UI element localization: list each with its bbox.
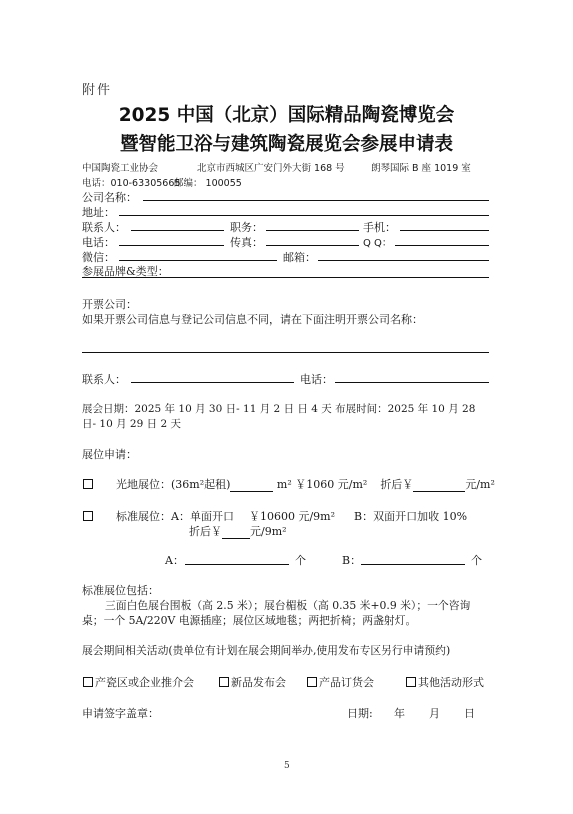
raw-space-discount-label: 折后￥ [380, 478, 413, 491]
phone-field[interactable] [119, 245, 224, 246]
a-count-label: A： [165, 552, 184, 568]
attachment-label: 附件 [82, 79, 112, 98]
standard-discount-label: 折后￥ [189, 525, 222, 538]
fax-field[interactable] [266, 245, 359, 246]
qq-label: Q Q： [363, 234, 392, 249]
standard-discount-field[interactable] [222, 526, 250, 539]
activity-checkbox-2[interactable] [219, 677, 229, 687]
raw-space-label: 光地展位：(36m²起租) [116, 478, 230, 491]
organizer-building: 朗琴国际 B 座 1019 室 [371, 160, 471, 174]
raw-space-area-field[interactable] [230, 479, 273, 492]
signature-label: 申请签字盖章： [82, 705, 159, 721]
organizer-postcode: 邮编： 100055 [174, 175, 242, 189]
date-year: 年 [394, 705, 405, 721]
activity-checkbox-4[interactable] [406, 677, 416, 687]
organizer-name: 中国陶瓷工业协会 [82, 160, 158, 174]
activity-option-4[interactable]: 其他活动形式 [406, 674, 484, 690]
b-count-unit: 个 [471, 552, 482, 568]
email-label: 邮箱： [283, 249, 316, 265]
standard-discount-unit: 元/9m² [250, 525, 287, 538]
standard-includes-line2: 桌；一个 5A/220V 电源插座；展位区域地毯；两把折椅；两盏射灯。 [82, 613, 416, 628]
standard-booth-label: 标准展位：A：单面开口 [116, 510, 234, 523]
company-name-label: 公司名称： [82, 189, 137, 205]
standard-booth-option-b: B：双面开口加收 10% [354, 510, 467, 523]
date-day: 日 [464, 705, 475, 721]
invoice-company-field[interactable] [82, 352, 489, 353]
invoice-heading: 开票公司： [82, 296, 137, 312]
invoice-phone-label: 电话： [300, 371, 333, 387]
activity-option-3[interactable]: 产品订货会 [307, 674, 374, 690]
page-number: 5 [284, 761, 290, 771]
booth-heading: 展位申请： [82, 446, 137, 462]
organizer-address: 北京市西城区广安门外大街 168 号 [197, 160, 345, 174]
page-title-line2: 暨智能卫浴与建筑陶瓷展览会参展申请表 [0, 130, 573, 156]
a-count-field[interactable] [185, 564, 289, 565]
activity-option-2[interactable]: 新品发布会 [219, 674, 286, 690]
standard-includes-line1: 三面白色展台围板（高 2.5 米）；展台楣板（高 0.35 米+0.9 米）；一… [105, 598, 470, 613]
organizer-phone: 电话：010-63305665 [82, 175, 180, 189]
position-field[interactable] [266, 230, 359, 231]
brand-type-field[interactable] [82, 277, 489, 278]
raw-space-discount-field[interactable] [413, 479, 465, 492]
invoice-contact-field[interactable] [131, 382, 294, 383]
activities-heading: 展会期间相关活动(贵单位有计划在展会期间举办,使用发布专区另行申请预约) [82, 643, 450, 658]
invoice-phone-field[interactable] [335, 382, 489, 383]
b-count-label: B： [342, 552, 361, 568]
raw-space-price: ￥1060 元/m² [295, 478, 367, 491]
standard-booth-price: ￥10600 元/9m² [249, 510, 335, 523]
address-label: 地址： [82, 204, 115, 220]
standard-includes-heading: 标准展位包括： [82, 582, 159, 598]
date-month: 月 [429, 705, 440, 721]
fax-label: 传真： [230, 234, 263, 250]
mobile-field[interactable] [400, 230, 489, 231]
page-title-line1: 2025 中国（北京）国际精品陶瓷博览会 [0, 101, 573, 127]
address-field[interactable] [119, 215, 489, 216]
invoice-contact-label: 联系人： [82, 371, 126, 387]
raw-space-discount-unit: 元/m² [465, 478, 495, 491]
exhibition-dates: 展会日期：2025 年 10 月 30 日- 11 月 2 日 日 4 天 布展… [82, 401, 475, 416]
contact-field[interactable] [131, 230, 224, 231]
activity-option-1[interactable]: 产瓷区或企业推介会 [83, 674, 194, 690]
date-label: 日期: [347, 705, 373, 721]
raw-space-row: 光地展位：(36m²起租) m² ￥1060 元/m² 折后￥元/m² [83, 476, 495, 492]
activity-checkbox-3[interactable] [307, 677, 317, 687]
phone-label: 电话： [82, 234, 115, 250]
invoice-note: 如果开票公司信息与登记公司信息不同，请在下面注明开票公司名称： [82, 311, 423, 327]
standard-booth-row: 标准展位：A：单面开口 ￥10600 元/9m² B：双面开口加收 10% [83, 508, 467, 524]
b-count-field[interactable] [361, 564, 465, 565]
setup-dates: 日- 10 月 29 日 2 天 [82, 416, 181, 431]
qq-field[interactable] [395, 245, 489, 246]
activity-checkbox-1[interactable] [83, 677, 93, 687]
standard-booth-discount: 折后￥元/9m² [189, 523, 287, 539]
mobile-label: 手机： [363, 219, 396, 235]
contact-label: 联系人： [82, 219, 126, 235]
email-field[interactable] [318, 260, 489, 261]
position-label: 职务： [230, 219, 263, 235]
standard-booth-checkbox[interactable] [83, 511, 93, 521]
wechat-field[interactable] [119, 260, 277, 261]
raw-space-checkbox[interactable] [83, 479, 93, 489]
a-count-unit: 个 [295, 552, 306, 568]
company-name-field[interactable] [143, 200, 489, 201]
raw-space-unit: m² [277, 478, 292, 491]
